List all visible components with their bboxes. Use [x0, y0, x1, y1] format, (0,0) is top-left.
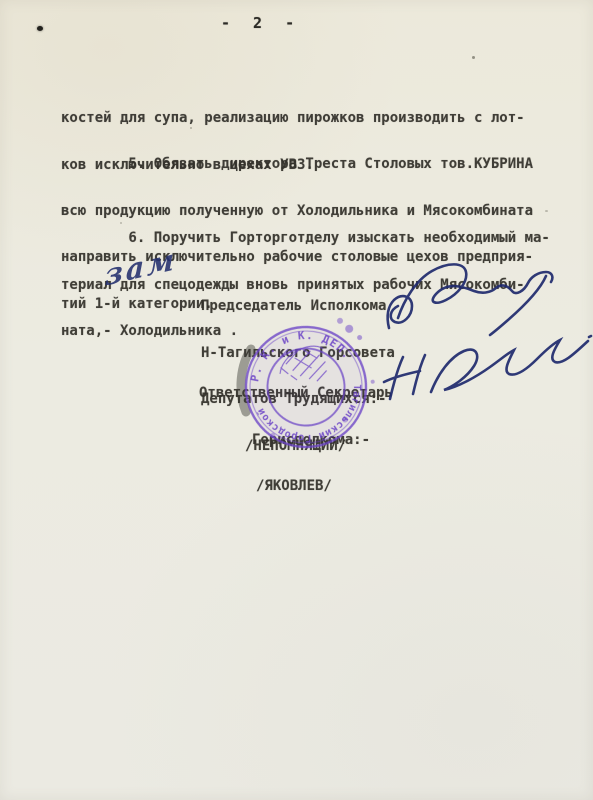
- text-line: 5. Обязать директора Треста Столовых тов…: [61, 157, 533, 173]
- signatory-block-secretary: Ответственный Секретарь Горисполкома:- /…: [199, 355, 393, 526]
- signatory-title-line: Ответственный Секретарь: [199, 386, 393, 402]
- signatory-title-line: Председатель Исполкома: [201, 299, 395, 315]
- text-line: 6. Поручить Горторготделу изыскать необх…: [61, 231, 550, 247]
- ink-speck: [472, 56, 475, 59]
- ink-speck: [37, 26, 43, 31]
- text-line: костей для супа, реализацию пирожков про…: [61, 111, 525, 127]
- signatory-name: /ЯКОВЛЕВ/: [256, 479, 393, 495]
- scanned-document-page: - 2 - костей для супа, реализацию пирожк…: [0, 0, 593, 800]
- signatory-title-line: Горисполкома:-: [252, 433, 393, 449]
- page-number: - 2 -: [221, 14, 301, 32]
